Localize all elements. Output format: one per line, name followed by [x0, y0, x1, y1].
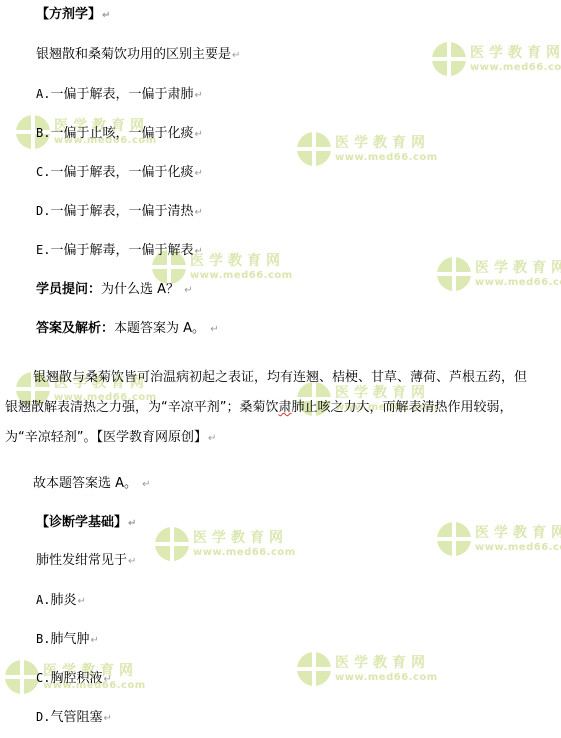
paragraph-mark-icon: ↵: [194, 207, 202, 218]
option-a: A.肺炎↵: [36, 592, 86, 610]
option-e: E.一偏于解毒，一偏于解表↵: [36, 242, 203, 260]
paragraph-mark-icon: ↵: [102, 10, 110, 21]
watermark-logo: 医学教育网 www.med66.com: [432, 40, 561, 80]
option-b: B.肺气肿↵: [36, 631, 99, 649]
option-d: D.气管阻塞↵: [36, 709, 112, 727]
paragraph-mark-icon: ↵: [194, 246, 202, 257]
paragraph-mark-icon: ↵: [232, 50, 240, 61]
paragraph-mark-icon: ↵: [128, 556, 136, 567]
watermark-cross-icon: [297, 132, 331, 166]
question-text: 银翘散和桑菊饮功用的区别主要是↵: [36, 47, 240, 64]
paragraph-mark-icon: ↵: [194, 90, 202, 101]
option-a: A.一偏于解表，一偏于肃肺↵: [36, 86, 203, 104]
paragraph-mark-icon: ↵: [103, 713, 111, 724]
paragraph-mark-icon: ↵: [103, 674, 111, 685]
paragraph-mark-icon: ↵: [210, 324, 218, 335]
option-d: D.一偏于解表，一偏于清热↵: [36, 203, 203, 221]
answer-line: 答案及解析：本题答案为 A。 ↵: [36, 321, 219, 338]
paragraph-mark-icon: ↵: [142, 479, 150, 490]
paragraph-mark-icon: ↵: [194, 168, 202, 179]
option-c: C.一偏于解表，一偏于化痰↵: [36, 164, 203, 182]
watermark-logo: 医学教育网 www.med66.com: [437, 520, 561, 560]
watermark-logo: 医学教育网 www.med66.com: [297, 650, 429, 690]
watermark-logo: 医学教育网 www.med66.com: [297, 130, 429, 170]
watermark-cross-icon: [432, 42, 466, 76]
spellcheck-underline: 肃: [278, 400, 291, 415]
watermark-cross-icon: [437, 257, 471, 291]
question-text: 肺性发绀常见于↵: [36, 553, 136, 570]
paragraph-mark-icon: ↵: [77, 596, 85, 607]
watermark-cross-icon: [437, 522, 471, 556]
option-c: C.胸腔积液↵: [36, 670, 112, 688]
watermark-cross-icon: [155, 527, 189, 561]
conclusion-text: 故本题答案选 A。 ↵: [33, 476, 151, 493]
watermark-logo: 医学教育网 www.med66.com: [437, 255, 561, 295]
paragraph-mark-icon: ↵: [194, 129, 202, 140]
section-heading: 【诊断学基础】↵: [36, 515, 136, 532]
explanation-line-1: 银翘散与桑菊饮皆可治温病初起之表证，均有连翘、桔梗、甘草、薄荷、芦根五药，但: [33, 370, 527, 386]
option-b: B.一偏于止咳，一偏于化痰↵: [36, 125, 203, 143]
watermark-cross-icon: [297, 652, 331, 686]
paragraph-mark-icon: ↵: [208, 433, 216, 444]
paragraph-mark-icon: ↵: [128, 518, 136, 529]
section-heading: 【方剂学】↵: [36, 7, 110, 24]
paragraph-mark-icon: ↵: [184, 285, 192, 296]
paragraph-mark-icon: ↵: [90, 635, 98, 646]
watermark-logo: 医学教育网 www.med66.com: [155, 525, 287, 565]
watermark-cross-icon: [5, 660, 39, 694]
explanation-line-2: 银翘散解表清热之力强，为“辛凉平剂”；桑菊饮肃肺止咳之力大，而解表清热作用较弱，: [5, 400, 513, 416]
student-question: 学员提问：为什么选 A？ ↵: [36, 282, 193, 299]
explanation-line-3: 为“辛凉轻剂”。【医学教育网原创】↵: [5, 430, 216, 447]
